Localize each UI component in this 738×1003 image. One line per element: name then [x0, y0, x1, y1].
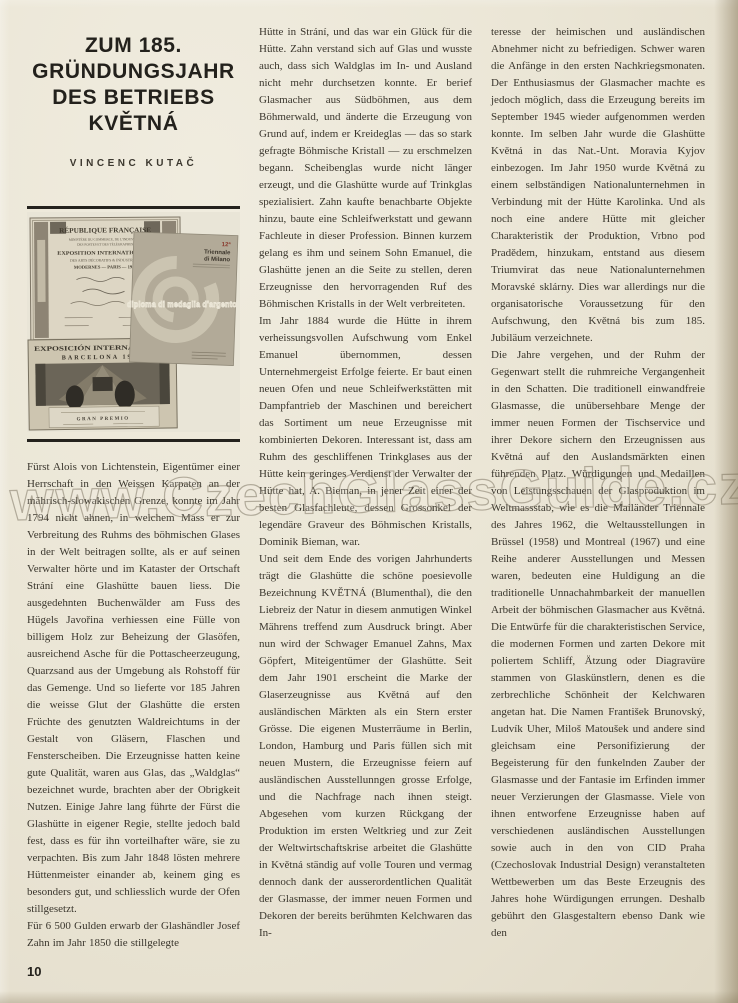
triennale-card-image: 12ª Triennale di Milano — [124, 232, 238, 366]
barcelona-award: GRAN PREMIO — [77, 417, 130, 423]
paragraph: Im Jahr 1884 wurde die Hütte in ihrem ve… — [259, 313, 472, 551]
paragraph: Fürst Alois von Lichtenstein, Eigentümer… — [27, 459, 240, 918]
magazine-page: ZUM 185. GRÜNDUNGSJAHR DES BETRIEBS KVĚT… — [0, 0, 738, 1003]
article-title: ZUM 185. GRÜNDUNGSJAHR DES BETRIEBS KVĚT… — [27, 33, 240, 137]
paris-diploma-line2: DES ARTS DÉCORATIFS & INDUSTRIELS — [70, 257, 141, 262]
awards-figure: RÉPUBLIQUE FRANÇAISE MINISTÈRE DU COMMER… — [27, 206, 240, 442]
figure-top-rule — [27, 206, 240, 209]
column-left: ZUM 185. GRÜNDUNGSJAHR DES BETRIEBS KVĚT… — [27, 0, 240, 952]
triennale-edition: 12ª — [222, 241, 232, 248]
title-line: KVĚTNÁ — [27, 111, 240, 137]
page-number: 10 — [27, 964, 41, 979]
triennale-award-band: diploma di medaglia d'argento — [127, 300, 237, 309]
title-line: ZUM 185. — [27, 33, 240, 59]
figure-bottom-rule — [27, 439, 240, 442]
title-line: GRÜNDUNGSJAHR — [27, 59, 240, 85]
diplomas-image: RÉPUBLIQUE FRANÇAISE MINISTÈRE DU COMMER… — [27, 212, 240, 432]
paragraph: Die Jahre vergehen, und der Ruhm der Geg… — [491, 347, 705, 942]
paris-diploma-sub2: DES POSTES ET DES TÉLÉGRAPHES — [77, 241, 133, 246]
paris-diploma-line3: MODERNES — PARIS — 1925 — [74, 264, 138, 269]
column-right: teresse der heimischen und ausländischen… — [491, 24, 705, 942]
title-line: DES BETRIEBS — [27, 85, 240, 111]
paragraph: teresse der heimischen und ausländischen… — [491, 24, 705, 347]
column-middle: Hütte in Strání, und das war ein Glück f… — [259, 24, 472, 942]
paragraph: Hütte in Strání, und das war ein Glück f… — [259, 24, 472, 313]
awards-photo: RÉPUBLIQUE FRANÇAISE MINISTÈRE DU COMMER… — [27, 212, 240, 432]
triennale-name1: Triennale — [204, 249, 231, 256]
triennale-name2: di Milano — [204, 256, 231, 263]
paragraph: Und seit dem Ende des vorigen Jahrhunder… — [259, 551, 472, 942]
author-name: VINCENC KUTAČ — [27, 158, 240, 169]
paragraph: Für 6 500 Gulden erwarb der Glashändler … — [27, 918, 240, 952]
